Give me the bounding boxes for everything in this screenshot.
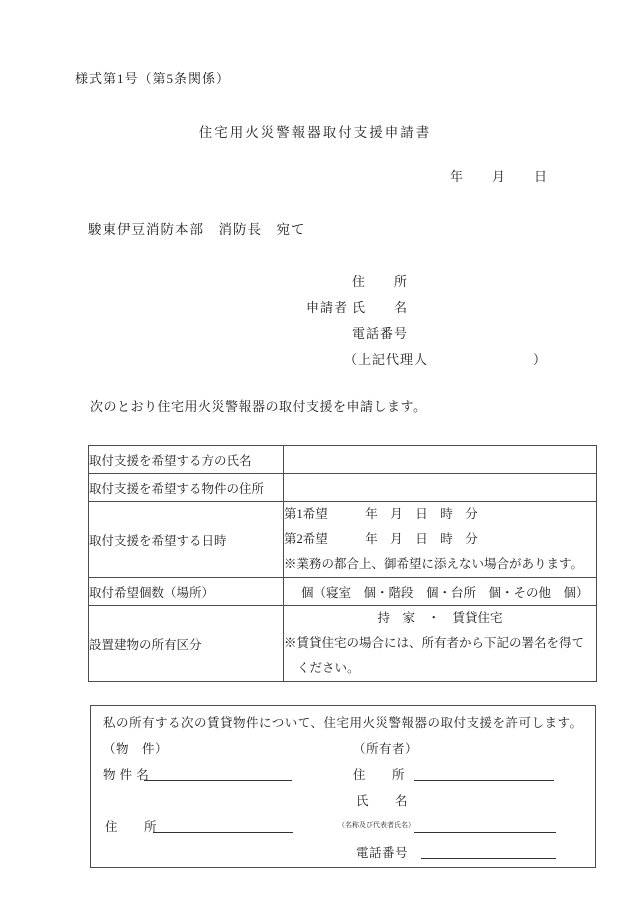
owner-address-blank-line (414, 765, 554, 781)
property-name-blank-line (144, 765, 292, 781)
row-value-cell: 持 家 ・ 賃貸住宅 ※賃貸住宅の場合には、所有者から下記の署名を得て ください… (284, 606, 597, 682)
datetime-note-line: ※業務の都合上、御希望に添えない場合があります。 (284, 552, 596, 577)
applicant-agent-close-paren: ） (533, 349, 546, 368)
ownership-note-line1: ※賃貸住宅の場合には、所有者から下記の署名を得て (284, 631, 596, 656)
table-row-ownership: 設置建物の所有区分 持 家 ・ 賃貸住宅 ※賃貸住宅の場合には、所有者から下記の… (89, 606, 597, 682)
addressee-line: 駿東伊豆消防本部 消防長 宛て (88, 218, 306, 238)
owner-name-blank-line (414, 817, 556, 833)
owner-name-label: 氏 名 (356, 791, 408, 809)
property-name-label: 物 件 名 (103, 765, 149, 783)
owner-section-header: （所有者） (353, 739, 418, 757)
row-value-cell: 第1希望 年 月 日 時 分 第2希望 年 月 日 時 分 ※業務の都合上、御希… (284, 502, 597, 578)
ownership-options-line: 持 家 ・ 賃貸住宅 (284, 606, 596, 631)
property-address-label: 住 所 (105, 817, 157, 835)
application-table: 取付支援を希望する方の氏名 取付支援を希望する物件の住所 取付支援を希望する日時… (88, 445, 597, 682)
row-label: 取付支援を希望する物件の住所 (89, 474, 284, 502)
second-choice-line: 第2希望 年 月 日 時 分 (284, 527, 596, 552)
owner-phone-label: 電話番号 (356, 843, 408, 861)
table-row-quantity: 取付希望個数（場所） 個（寝室 個・階段 個・台所 個・その他 個） (89, 578, 597, 606)
document-title: 住宅用火災警報器取付支援申請書 (0, 121, 630, 141)
table-row-preferred-datetime: 取付支援を希望する日時 第1希望 年 月 日 時 分 第2希望 年 月 日 時 … (89, 502, 597, 578)
owner-phone-blank-line (421, 843, 556, 859)
row-blank-cell (284, 446, 597, 474)
applicant-name-label: 氏 名 (352, 297, 408, 316)
ownership-note-line2: ください。 (284, 656, 596, 681)
applicant-label: 申請者 (306, 297, 348, 316)
owner-permission-box: 私の所有する次の賃貸物件について、住宅用火災警報器の取付支援を許可します。 （物… (90, 705, 596, 868)
applicant-phone-label: 電話番号 (352, 323, 408, 342)
property-address-blank-line (153, 817, 293, 833)
owner-address-label: 住 所 (353, 765, 405, 783)
row-label: 取付支援を希望する日時 (89, 502, 284, 578)
property-section-header: （物 件） (103, 739, 168, 757)
row-label: 取付希望個数（場所） (89, 578, 284, 606)
quantity-cell: 個（寝室 個・階段 個・台所 個・その他 個） (284, 578, 597, 606)
owner-representative-label: （名称及び代表者氏名） (338, 820, 415, 830)
first-choice-line: 第1希望 年 月 日 時 分 (284, 502, 596, 527)
row-label: 取付支援を希望する方の氏名 (89, 446, 284, 474)
row-label: 設置建物の所有区分 (89, 606, 284, 682)
application-form-page: 様式第1号（第5条関係） 住宅用火災警報器取付支援申請書 年 月 日 駿東伊豆消… (0, 0, 630, 903)
table-row-property-address: 取付支援を希望する物件の住所 (89, 474, 597, 502)
date-line: 年 月 日 (450, 166, 548, 185)
applicant-address-label: 住 所 (352, 271, 408, 290)
permission-statement: 私の所有する次の賃貸物件について、住宅用火災警報器の取付支援を許可します。 (103, 713, 583, 731)
applicant-agent-label: （上記代理人 (344, 349, 428, 368)
row-blank-cell (284, 474, 597, 502)
intro-sentence: 次のとおり住宅用火災警報器の取付支援を申請します。 (90, 396, 426, 415)
table-row-applicant-name: 取付支援を希望する方の氏名 (89, 446, 597, 474)
form-number: 様式第1号（第5条関係） (75, 68, 230, 87)
